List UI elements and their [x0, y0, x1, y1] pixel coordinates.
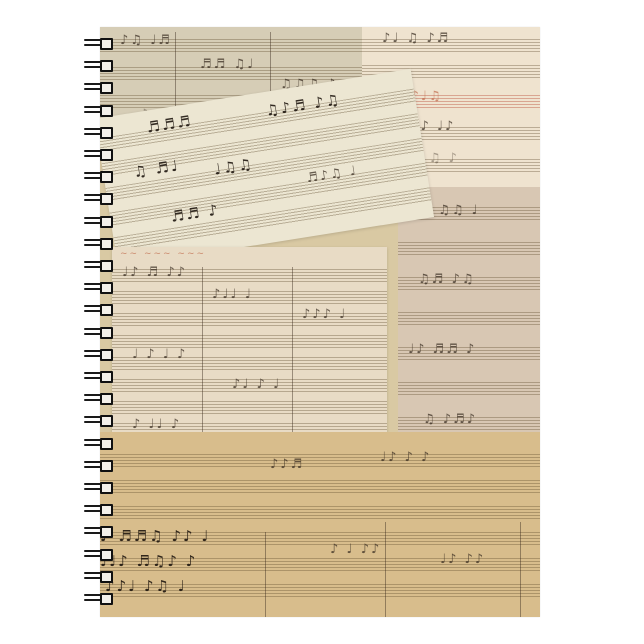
spiral-ring	[84, 482, 112, 492]
spiral-ring	[84, 304, 112, 314]
manuscript-page-bottom: ♪♪♬ ♩♪ ♪ ♪ ♪ ♬♬♫ ♪♪ ♩ ♩♩♪ ♬♫♪ ♪ ♪♪♩ ♪♫ ♩…	[100, 432, 540, 617]
spiral-ring	[84, 438, 112, 448]
spiral-ring	[84, 549, 112, 559]
spiral-ring	[84, 171, 112, 181]
spiral-ring	[84, 371, 112, 381]
manuscript-page-center: ~~ ~~~ ~~~ ♩♪ ♬ ♪♪ ♪♩♩ ♩ ♪♪♪ ♩ ♩ ♪ ♩ ♪ ♪…	[112, 247, 387, 462]
notebook-cover: ♪♫ ♩♬ ♬♬ ♫♩ ♫♫♫ ♪ ♪ ♩ ♪ ♪♩ ♫ ♪♬ ♬♫ ♪♩♫ ♫…	[100, 27, 540, 617]
spiral-ring	[84, 593, 112, 603]
spiral-ring	[84, 504, 112, 514]
spiral-ring	[84, 260, 112, 270]
spiral-ring	[84, 216, 112, 226]
spiral-ring	[84, 526, 112, 536]
spiral-ring	[84, 193, 112, 203]
manuscript-page-right-middle: ♪♬ ♫♫ ♩ ♫♬ ♪♫ ♩♪ ♬♬ ♪ ♫ ♪♬♪	[398, 187, 540, 447]
spiral-binding	[84, 0, 114, 644]
spiral-ring	[84, 105, 112, 115]
spiral-ring	[84, 460, 112, 470]
spiral-ring	[84, 60, 112, 70]
spiral-ring	[84, 127, 112, 137]
spiral-ring	[84, 349, 112, 359]
spiral-ring	[84, 238, 112, 248]
spiral-ring	[84, 571, 112, 581]
spiral-ring	[84, 327, 112, 337]
spiral-ring	[84, 149, 112, 159]
spiral-ring	[84, 282, 112, 292]
spiral-ring	[84, 82, 112, 92]
spiral-ring	[84, 415, 112, 425]
spiral-ring	[84, 38, 112, 48]
spiral-ring	[84, 393, 112, 403]
